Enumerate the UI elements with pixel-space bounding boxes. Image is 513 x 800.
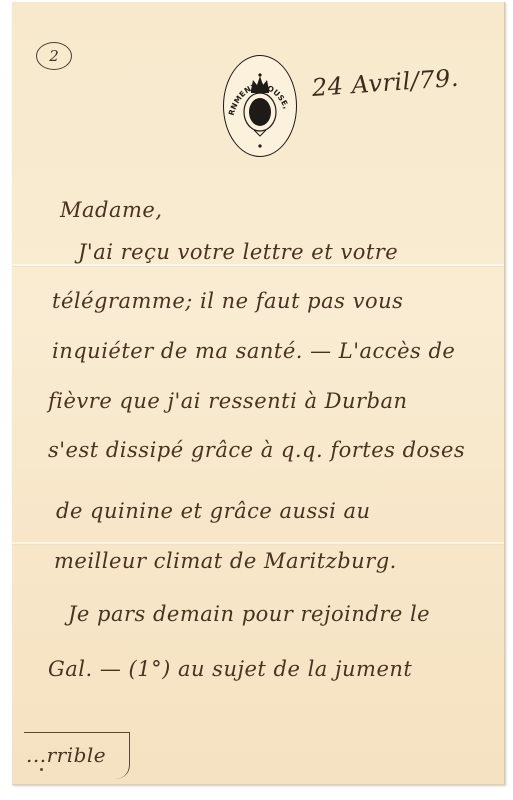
paper-fold-line xyxy=(12,542,504,545)
letter-line: télégramme; il ne faut pas vous xyxy=(52,289,403,313)
letter-line: fièvre que j'ai ressenti à Durban xyxy=(48,389,408,413)
margin-note-text: ...rrible xyxy=(26,743,106,767)
letter-line: inquiéter de ma santé. — L'accès de xyxy=(52,339,455,363)
letter-line: meilleur climat de Maritzburg. xyxy=(54,549,397,573)
paper-fold-line xyxy=(12,264,504,267)
folio-number: 2 xyxy=(36,42,72,70)
letter-line: Gal. — (1°) au sujet de la jument xyxy=(48,657,412,681)
letter-line: Je pars demain pour rejoindre le xyxy=(68,602,430,626)
letter-date: 24 Avril/79. xyxy=(311,64,460,102)
letter-salutation: Madame, xyxy=(60,198,163,222)
letterhead-seal-icon: GOVERNMENT HOUSE, NATAL xyxy=(223,55,297,157)
ink-spot xyxy=(40,768,43,771)
letter-page: 2 GOVERNMENT HOUSE, NATAL 24 Avril/79. M… xyxy=(12,2,505,785)
letter-line: de quinine et grâce aussi au xyxy=(56,499,371,523)
letter-line: J'ai reçu votre lettre et votre xyxy=(78,240,398,264)
margin-note-box: ...rrible xyxy=(24,732,130,779)
letter-line: s'est dissipé grâce à q.q. fortes doses xyxy=(48,438,465,462)
